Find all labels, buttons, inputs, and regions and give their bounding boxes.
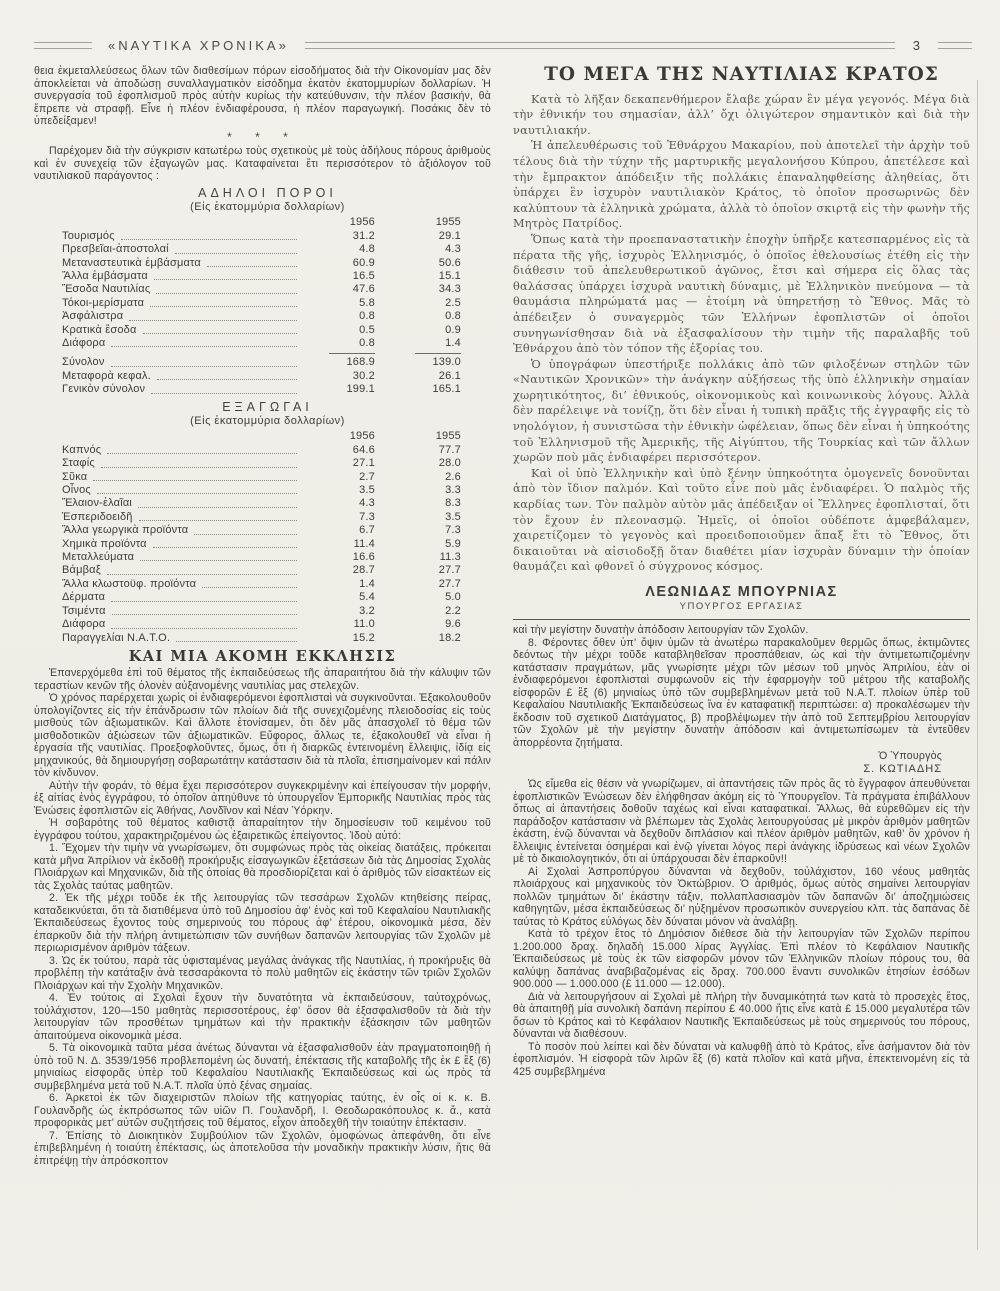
table-body: Τουρισμός31.229.1Πρεσβεῖαι-ἀποστολαί4.84…: [62, 230, 473, 351]
header-rule-main: [305, 42, 895, 49]
comparison-intro-paragraph: Παρέχομεν διὰ τὴν σύγκρισιν κατωτέρω τοὺ…: [34, 145, 491, 183]
letter-item-4: 4. Ἐν τούτοις αἱ Σχολαὶ ἔχουν τὴν δυνατό…: [34, 992, 491, 1042]
section-divider-rule: [513, 619, 970, 620]
table-row: Μεταλλεύματα16.611.3: [62, 551, 473, 564]
table-row: Σταφίς27.128.0: [62, 457, 473, 470]
table-row: Δέρματα5.45.0: [62, 591, 473, 604]
year-column-1956: 1956: [301, 430, 387, 443]
letter-item-6: 6. Ἀρκετοὶ ἐκ τῶν διαχειριστῶν πλοίων τῆ…: [34, 1092, 491, 1130]
table-row: Μεταναστευτικὰ ἐμβάσματα60.950.6: [62, 257, 473, 270]
appeal-paragraph: Ἡ σοβαρότης τοῦ θέματος καθιστᾷ ἀπαραίτη…: [34, 817, 491, 842]
table-totals: Σύνολον168.9139.0Μεταφορὰ κεφαλ.30.226.1…: [62, 356, 473, 396]
table-row: Παραγγελίαι Ν.Α.Τ.Ο.15.218.2: [62, 632, 473, 645]
table-year-headers: 1956 1955: [62, 430, 473, 443]
page-header: «ΝΑΥΤΙΚΑ ΧΡΟΝΙΚΑ» 3: [0, 0, 1000, 53]
page-number: 3: [905, 38, 928, 53]
stars-separator: * * *: [34, 131, 491, 144]
response-paragraph: Διὰ νὰ λειτουργήσουν αἱ Σχολαὶ μὲ πλήρη …: [513, 991, 970, 1041]
year-column-1955: 1955: [387, 430, 473, 443]
table-row: Γενικὸν σύνολον199.1165.1: [62, 383, 473, 396]
table-row: Χημικὰ προϊόντα11.45.9: [62, 538, 473, 551]
table-row: Διάφορα11.09.6: [62, 618, 473, 631]
scanned-journal-page: «ΝΑΥΤΙΚΑ ΧΡΟΝΙΚΑ» 3 θεια ἐκμεταλλεύσεως …: [0, 0, 1000, 1291]
letter-item-7: 7. Ἐπίσης τὸ Διοικητικὸν Συμβούλιον τῶν …: [34, 1130, 491, 1168]
appeal-paragraph: Αὐτὴν τὴν φοράν, τὸ θέμα ἔχει περισσότερ…: [34, 780, 491, 818]
table-row: Ἄλλα ἐμβάσματα16.515.1: [62, 270, 473, 283]
ministry-letter-continuation: καὶ τὴν μεγίστην δυνατὴν ἀπόδοσιν λειτου…: [513, 624, 970, 1078]
table-row: Βάμβαξ28.727.7: [62, 564, 473, 577]
table-row: Κρατικὰ ἔσοδα0.50.9: [62, 324, 473, 337]
letter-item-2: 2. Ἐκ τῆς μέχρι τοῦδε ἐκ τῆς λειτουργίας…: [34, 892, 491, 955]
article-paragraph: Ἡ ἀπελευθέρωσις τοῦ Ἐθνάρχου Μακαρίου, π…: [513, 138, 970, 232]
response-paragraph: Κατὰ τὸ τρέχον ἔτος τὸ Δημόσιον διέθεσε …: [513, 928, 970, 991]
article-paragraph: Ὁ ὑπογράφων ὑπεστήριξε πολλάκις ἀπὸ τῶν …: [513, 357, 970, 466]
table-title: ΑΔΗΛΟΙ ΠΟΡΟΙ: [62, 187, 473, 200]
letter-item-3: 3. Ὡς ἐκ τούτου, παρὰ τὰς ὑφισταμένας με…: [34, 955, 491, 993]
table-row: Καπνός64.677.7: [62, 444, 473, 457]
table-subtitle: (Εἰς ἑκατομμύρια δολλαρίων): [62, 415, 473, 428]
table-body: Καπνός64.677.7Σταφίς27.128.0Σῦκα2.72.6Οἶ…: [62, 444, 473, 645]
right-column: ΤΟ ΜΕΓΑ ΤΗΣ ΝΑΥΤΙΛΙΑΣ ΚΡΑΤΟΣ Κατὰ τὸ λῆξ…: [513, 65, 970, 1167]
article-paragraph: Κατὰ τὸ λῆξαν δεκαπενθήμερον ἔλαβε χώραν…: [513, 92, 970, 139]
table-subtitle: (Εἰς ἑκατομμύρια δολλαρίων): [62, 201, 473, 214]
table-row: Τουρισμός31.229.1: [62, 230, 473, 243]
table-row: Τσιμέντα3.22.2: [62, 605, 473, 618]
appeal-heading: ΚΑΙ ΜΙΑ ΑΚΟΜΗ ΕΚΚΛΗΣΙΣ: [34, 651, 491, 664]
article-paragraph: Καὶ οἱ ὑπὸ Ἑλληνικὴν καὶ ὑπὸ ξένην ὑπηκο…: [513, 466, 970, 575]
totals-separator: [62, 353, 473, 354]
article-title: ΤΟ ΜΕΓΑ ΤΗΣ ΝΑΥΤΙΛΙΑΣ ΚΡΑΤΟΣ: [513, 67, 970, 83]
appeal-paragraph: Ὁ χρόνος παρέρχεται χωρὶς οἱ ἐνδιαφερόμε…: [34, 692, 491, 780]
response-paragraph: Ὡς εἴμεθα εἰς θέσιν νὰ γνωρίζωμεν, αἱ ἀπ…: [513, 778, 970, 866]
editorial-article: ΤΟ ΜΕΓΑ ΤΗΣ ΝΑΥΤΙΛΙΑΣ ΚΡΑΤΟΣ Κατὰ τὸ λῆξ…: [513, 67, 970, 575]
left-column: θεια ἐκμεταλλεύσεως ὅλων τῶν διαθεσίμων …: [34, 65, 491, 1167]
letter-item-5: 5. Τὰ οἰκονομικὰ ταῦτα μέσα ἀνέτως δύναν…: [34, 1042, 491, 1092]
minister-name: Σ. ΚΩΤΙΑΔΗΣ: [513, 763, 942, 776]
signature-name: ΛΕΩΝΙΔΑΣ ΜΠΟΥΡΝΙΑΣ: [513, 584, 970, 600]
header-rule-right: [938, 42, 972, 49]
signature-role: ΥΠΟΥΡΓΟΣ ΕΡΓΑΣΙΑΣ: [513, 601, 970, 612]
table-row: Σῦκα2.72.6: [62, 471, 473, 484]
intro-paragraph-continuation: θεια ἐκμεταλλεύσεως ὅλων τῶν διαθεσίμων …: [34, 65, 491, 128]
table-row: Ἄλλα γεωργικὰ προϊόντα6.77.3: [62, 524, 473, 537]
table-row: Μεταφορὰ κεφαλ.30.226.1: [62, 370, 473, 383]
letter-item-8: 8. Φέροντες ὅθεν ὑπ’ ὄψιν ὑμῶν τὰ ἀνωτέρ…: [513, 637, 970, 750]
year-column-1955: 1955: [387, 216, 473, 229]
table-title: ΕΞΑΓΩΓΑΙ: [62, 401, 473, 414]
exports-table: ΕΞΑΓΩΓΑΙ (Εἰς ἑκατομμύρια δολλαρίων) 195…: [62, 401, 473, 645]
minister-label: Ὁ Ὑπουργὸς: [513, 750, 942, 763]
table-row: Ἀσφάλιστρα0.80.8: [62, 310, 473, 323]
publication-title: «ΝΑΥΤΙΚΑ ΧΡΟΝΙΚΑ»: [102, 38, 295, 53]
article-paragraph: Ὅπως κατὰ τὴν προεπαναστατικὴν ἐποχὴν ὑπ…: [513, 232, 970, 357]
table-row: Σύνολον168.9139.0: [62, 356, 473, 369]
minister-signature-block: Ὁ Ὑπουργὸς Σ. ΚΩΤΙΑΔΗΣ: [513, 750, 970, 776]
table-row: Ἔσοδα Ναυτιλίας47.634.3: [62, 283, 473, 296]
invisible-resources-table: ΑΔΗΛΟΙ ΠΟΡΟΙ (Εἰς ἑκατομμύρια δολλαρίων)…: [62, 187, 473, 397]
response-paragraph: Τὸ ποσὸν ποὺ λείπει καὶ δὲν δύναται νὰ κ…: [513, 1041, 970, 1079]
table-row: Διάφορα0.81.4: [62, 337, 473, 350]
appeal-paragraph: Ἐπανερχόμεθα ἐπὶ τοῦ θέματος τῆς ἐκπαιδε…: [34, 667, 491, 692]
table-year-headers: 1956 1955: [62, 216, 473, 229]
letter-continuation-line: καὶ τὴν μεγίστην δυνατὴν ἀπόδοσιν λειτου…: [513, 624, 970, 637]
table-row: Ἄλλα κλωστοϋφ. προϊόντα1.427.7: [62, 578, 473, 591]
table-row: Ἑσπεριδοειδῆ7.33.5: [62, 511, 473, 524]
table-row: Τόκοι-μερίσματα5.82.5: [62, 297, 473, 310]
table-row: Οἶνος3.53.3: [62, 484, 473, 497]
scan-artifact-line: [977, 80, 978, 1250]
two-column-layout: θεια ἐκμεταλλεύσεως ὅλων τῶν διαθεσίμων …: [0, 53, 1000, 1167]
table-row: Πρεσβεῖαι-ἀποστολαί4.84.3: [62, 243, 473, 256]
year-column-1956: 1956: [301, 216, 387, 229]
response-paragraph: Αἱ Σχολαὶ Ἀσπροπύργου δύνανται νὰ δεχθοῦ…: [513, 866, 970, 929]
table-row: Ἔλαιον-ἐλαῖαι4.38.3: [62, 497, 473, 510]
header-rule-left: [34, 42, 92, 49]
letter-item-1: 1. Ἔχομεν τὴν τιμὴν νὰ γνωρίσωμεν, ὅτι σ…: [34, 842, 491, 892]
